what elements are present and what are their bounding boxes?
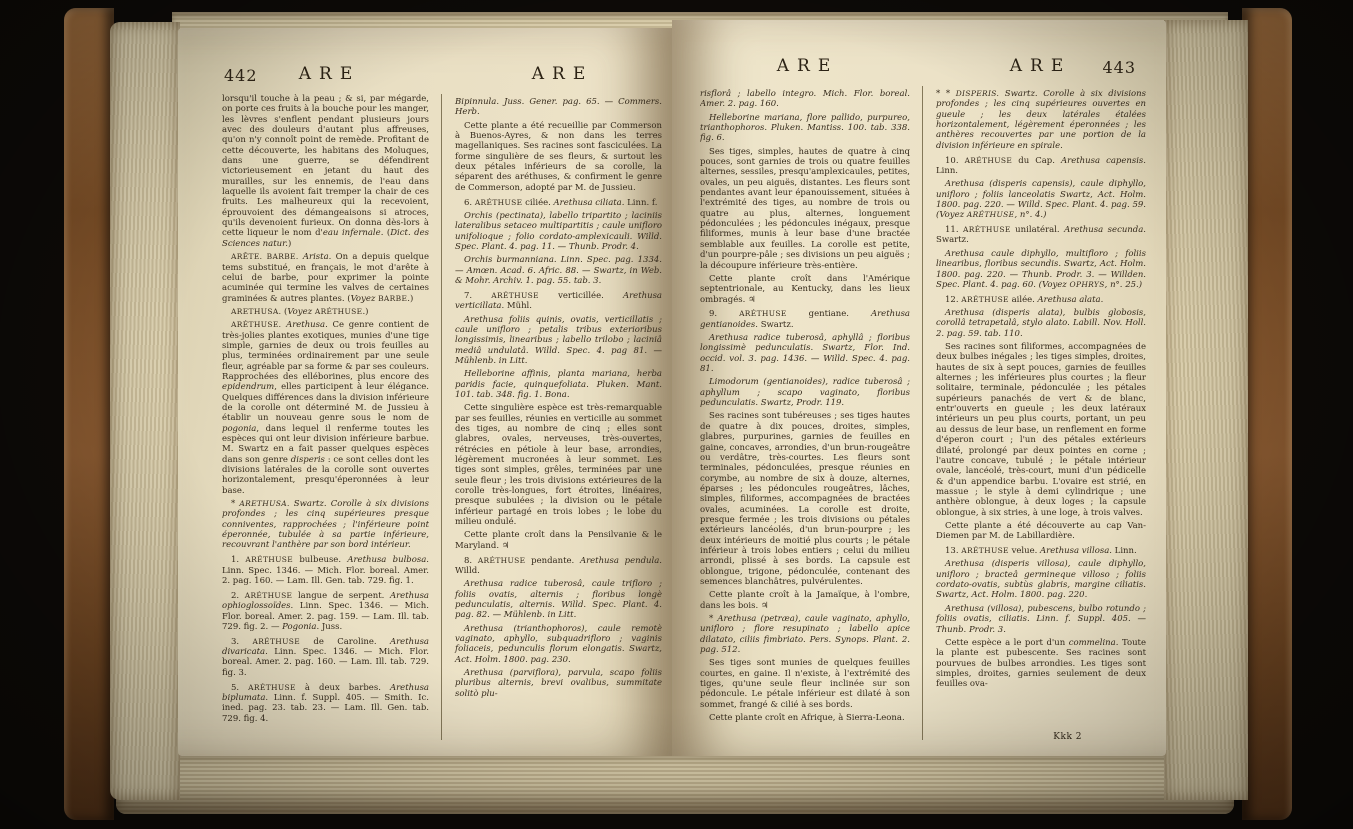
paragraph: Orchis (pectinata), labello tripartito ;… [455,211,662,252]
paragraph: 1. ARÉTHUSE bulbeuse. Arethusa bulbosa. … [222,555,429,586]
page-stack-left-edge [110,22,180,800]
text-block: lorsqu'il touche à la peau ; & si, par m… [222,94,662,740]
paragraph: 10. ARÉTHUSE du Cap. Arethusa capensis. … [936,156,1146,177]
signature-mark: Kkk 2 [1053,732,1082,742]
left-page: 442 ARE ARE lorsqu'il touche à la peau ;… [178,28,672,756]
paragraph: * * DISPERIS. Swartz. Corolle à six divi… [936,89,1146,151]
book-cover-left [64,8,114,820]
running-head: ARE [222,64,429,84]
running-head: ARE [700,56,907,76]
book-cover-right [1242,8,1292,820]
paragraph: Arethusa foliis quinis, ovatis, verticil… [455,315,662,367]
right-page: 443 ARE ARE risflorâ ; labello integro. … [672,20,1166,756]
paragraph: 6. ARÉTHUSE ciliée. Arethusa ciliata. Li… [455,198,662,208]
paragraph: Arethusa radice tuberosâ, aphyllâ ; flor… [700,333,910,374]
paragraph: 8. ARÉTHUSE pendante. Arethusa pendula. … [455,556,662,577]
paragraph: 5. ARÉTHUSE à deux barbes. Arethusa bipl… [222,683,429,724]
running-head: ARE [455,64,662,84]
text-column: * * DISPERIS. Swartz. Corolle à six divi… [922,86,1146,740]
paragraph: Arethusa (disperis capensis), caule diph… [936,179,1146,220]
text-column: risflorâ ; labello integro. Mich. Flor. … [700,86,910,740]
paragraph: 7. ARÉTHUSE verticillée. Arethusa vertic… [455,291,662,312]
paragraph: Cette plante a été découverte au cap Van… [936,521,1146,542]
page-stack-bottom-edge [116,752,1234,814]
paragraph: Ses tiges, simples, hautes de quatre à c… [700,147,910,271]
page-stack-right-edge [1164,20,1248,800]
photo-of-open-book: { "book": { "left_page": { "page_number"… [0,0,1353,829]
paragraph: Arethusa radice tuberosâ, caule trifloro… [455,579,662,620]
paragraph: * Arethusa (petræa), caule vaginato, aph… [700,614,910,655]
paragraph: * ARETHUSA. Swartz. Corolle à six divisi… [222,499,429,551]
paragraph: Arethusa caule diphyllo, multifloro ; fo… [936,249,1146,290]
text-column: Bipinnula. Juss. Gener. pag. 65. — Comme… [441,94,662,740]
paragraph: Cette plante croît dans l'Amérique septe… [700,274,910,305]
paragraph: Orchis burmanniana. Linn. Spec. pag. 133… [455,255,662,286]
paragraph: ARÊTE. BARBE. Arista. On a depuis quelqu… [222,252,429,304]
paragraph: Arethusa (trianthophoros), caule remotè … [455,624,662,665]
paragraph: 13. ARÉTHUSE velue. Arethusa villosa. Li… [936,546,1146,556]
paragraph: Ses racines sont filiformes, accompagnée… [936,342,1146,518]
paragraph: Bipinnula. Juss. Gener. pag. 65. — Comme… [455,97,662,118]
paragraph: lorsqu'il touche à la peau ; & si, par m… [222,94,429,249]
paragraph: Cette plante a été recueillie par Commer… [455,121,662,193]
paragraph: 3. ARÉTHUSE de Caroline. Arethusa divari… [222,637,429,678]
paragraph: Arethusa (villosa), pubescens, bulbo rot… [936,604,1146,635]
paragraph: 12. ARÉTHUSE ailée. Arethusa alata. [936,295,1146,305]
paragraph: Ses tiges sont munies de quelques feuill… [700,658,910,710]
paragraph: Helleborine mariana, flore pallido, purp… [700,113,910,144]
paragraph: 11. ARÉTHUSE unilatéral. Arethusa secund… [936,225,1146,246]
paragraph: Ses racines sont tubéreuses ; ses tiges … [700,411,910,587]
open-book: 442 ARE ARE lorsqu'il touche à la peau ;… [64,8,1292,820]
paragraph: ARETHUSA. (Voyez ARÉTHUSE.) [222,307,429,317]
paragraph: Arethusa (disperis alata), bulbis globos… [936,308,1146,339]
paragraph: 9. ARÉTHUSE gentiane. Arethusa gentianoi… [700,309,910,330]
paragraph: Arethusa (disperis villosa), caule diphy… [936,559,1146,600]
paragraph: Cette plante croît à la Jamaïque, à l'om… [700,590,910,611]
paragraph: Arethusa (parviflora), parvula, scapo fo… [455,668,662,699]
paragraph: 2. ARÉTHUSE langue de serpent. Arethusa … [222,591,429,632]
paragraph: Cette espèce a le port d'un commelina. T… [936,638,1146,690]
paragraph: Cette plante croît dans la Pensilvanie &… [455,530,662,551]
text-column: lorsqu'il touche à la peau ; & si, par m… [222,94,429,740]
paragraph: Helleborine affinis, planta mariana, her… [455,369,662,400]
paragraph: Limodorum (gentianoides), radice tuberos… [700,377,910,408]
paragraph: ARÉTHUSE. Arethusa. Ce genre contient de… [222,320,429,496]
text-block: risflorâ ; labello integro. Mich. Flor. … [700,86,1148,740]
paragraph: Cette plante croît en Afrique, à Sierra-… [700,713,910,723]
paragraph: risflorâ ; labello integro. Mich. Flor. … [700,89,910,110]
running-head: ARE [933,56,1140,76]
paragraph: Cette singulière espèce est très-remarqu… [455,403,662,527]
